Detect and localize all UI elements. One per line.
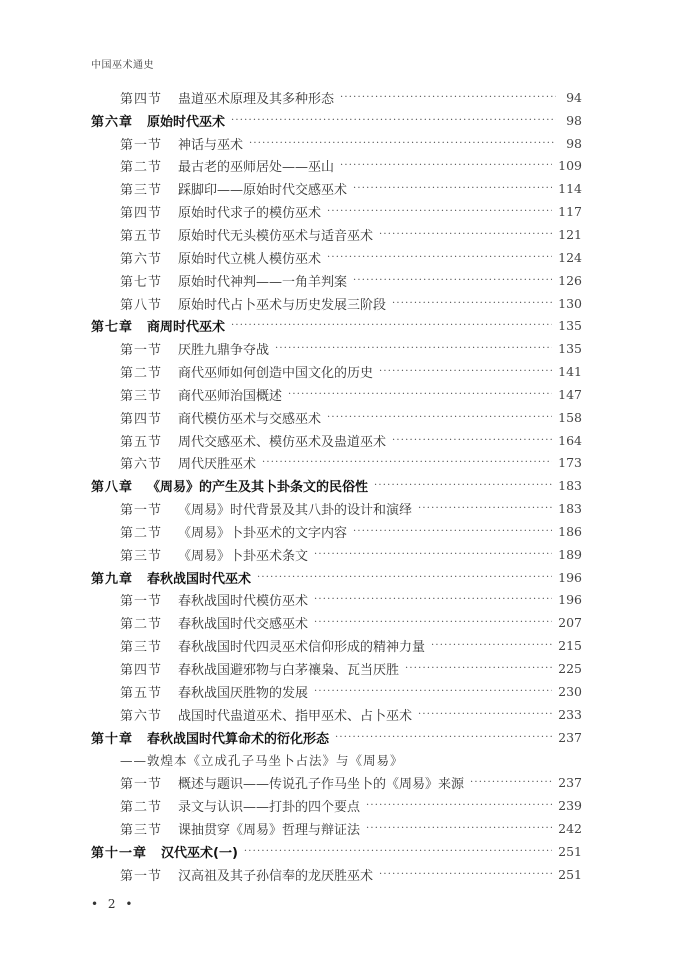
toc-section-entry[interactable]: 第五节春秋战国厌胜物的发展230 [91, 680, 582, 703]
toc-chapter-entry[interactable]: 第八章《周易》的产生及其卜卦条文的民俗性183 [91, 474, 582, 497]
dot-leader [374, 480, 552, 491]
toc-section-entry[interactable]: 第八节原始时代占卜巫术与历史发展三阶段130 [91, 292, 582, 315]
toc-entry-title: 战国时代蛊道巫术、指甲巫术、占卜巫术 [178, 705, 412, 724]
toc-entry-page-number: 251 [558, 844, 582, 859]
dot-leader [244, 846, 552, 857]
toc-entry-label: 第一节 [120, 134, 178, 153]
toc-entry-label: 第六章 [91, 111, 133, 130]
toc-entry-label: 第一节 [120, 773, 178, 792]
toc-section-entry[interactable]: 第六节战国时代蛊道巫术、指甲巫术、占卜巫术233 [91, 703, 582, 726]
toc-entry-title: 原始时代巫术 [147, 111, 225, 130]
toc-section-entry[interactable]: 第三节踩脚印——原始时代交感巫术114 [91, 177, 582, 200]
toc-entry-title: 原始时代占卜巫术与历史发展三阶段 [178, 294, 386, 313]
dot-leader [314, 617, 552, 628]
toc-entry-title: 《周易》卜卦巫术的文字内容 [178, 522, 347, 541]
toc-entry-label: 第八章 [91, 476, 133, 495]
toc-entry-label: 第二节 [120, 362, 178, 381]
dot-leader [379, 229, 552, 240]
dot-leader [231, 115, 556, 126]
toc-entry-page-number: 242 [558, 821, 582, 836]
toc-chapter-entry[interactable]: 第七章商周时代巫术135 [91, 314, 582, 337]
toc-entry-label: 第七节 [120, 271, 178, 290]
toc-section-entry[interactable]: 第一节春秋战国时代模仿巫术196 [91, 589, 582, 612]
toc-section-entry[interactable]: 第七节原始时代神判——一角羊判案126 [91, 269, 582, 292]
dot-leader [366, 823, 552, 834]
toc-entry-label: 第三节 [120, 636, 178, 655]
toc-entry-title: ——敦煌本《立成孔子马坐卜占法》与《周易》 [120, 751, 404, 769]
toc-chapter-entry[interactable]: 第九章春秋战国时代巫术196 [91, 566, 582, 589]
toc-entry-title: 春秋战国时代模仿巫术 [178, 590, 308, 609]
dot-leader [405, 663, 552, 674]
toc-entry-title: 厌胜九鼎争夺战 [178, 339, 269, 358]
dot-leader [418, 503, 552, 514]
toc-entry-page-number: 114 [558, 181, 582, 196]
toc-entry-page-number: 215 [558, 638, 582, 653]
toc-section-entry[interactable]: 第四节商代模仿巫术与交感巫术158 [91, 406, 582, 429]
dot-leader [327, 412, 552, 423]
dot-leader [431, 640, 552, 651]
toc-entry-title: 商代模仿巫术与交感巫术 [178, 408, 321, 427]
toc-section-entry[interactable]: 第一节厌胜九鼎争夺战135 [91, 337, 582, 360]
toc-entry-page-number: 196 [558, 570, 582, 585]
toc-entry-page-number: 135 [558, 341, 582, 356]
toc-entry-label: 第六节 [120, 453, 178, 472]
toc-entry-title: 汉代巫术(一) [161, 842, 238, 861]
toc-entry-title: 原始时代无头模仿巫术与适音巫术 [178, 225, 373, 244]
toc-section-entry[interactable]: 第六节周代厌胜巫术173 [91, 452, 582, 475]
toc-entry-label: 第一节 [120, 499, 178, 518]
toc-entry-page-number: 233 [558, 707, 582, 722]
toc-entry-page-number: 121 [558, 227, 582, 242]
toc-entry-page-number: 183 [558, 501, 582, 516]
toc-entry-title: 春秋战国厌胜物的发展 [178, 682, 308, 701]
toc-entry-page-number: 173 [558, 455, 582, 470]
toc-chapter-entry[interactable]: 第十章春秋战国时代算命术的衍化形态237 [91, 726, 582, 749]
dot-leader [257, 572, 552, 583]
toc-entry-title: 《周易》时代背景及其八卦的设计和演绎 [178, 499, 412, 518]
toc-entry-page-number: 164 [558, 433, 582, 448]
toc-entry-label: 第五节 [120, 682, 178, 701]
toc-entry-page-number: 94 [562, 90, 582, 105]
toc-entry-title: 最古老的巫师居处——巫山 [178, 156, 334, 175]
toc-entry-title: 《周易》的产生及其卜卦条文的民俗性 [147, 476, 368, 495]
toc-entry-page-number: 239 [558, 798, 582, 813]
toc-entry-page-number: 196 [558, 592, 582, 607]
toc-entry-label: 第二节 [120, 522, 178, 541]
toc-entry-title: 春秋战国避邪物与白茅禳枭、瓦当厌胜 [178, 659, 399, 678]
toc-entry-title: 商代巫师治国概述 [178, 385, 282, 404]
toc-section-entry[interactable]: 第二节《周易》卜卦巫术的文字内容186 [91, 520, 582, 543]
toc-entry-label: 第四节 [120, 659, 178, 678]
toc-entry-title: 原始时代立桃人模仿巫术 [178, 248, 321, 267]
dot-leader [392, 435, 552, 446]
toc-section-entry[interactable]: 第二节春秋战国时代交感巫术207 [91, 611, 582, 634]
toc-section-entry[interactable]: 第三节课抽贯穿《周易》哲理与辩证法242 [91, 817, 582, 840]
dot-leader [353, 275, 552, 286]
toc-section-entry[interactable]: 第二节最古老的巫师居处——巫山109 [91, 155, 582, 178]
toc-entry-page-number: 237 [558, 730, 582, 745]
dot-leader [314, 686, 552, 697]
toc-entry-title: 春秋战国时代算命术的衍化形态 [147, 728, 329, 747]
dot-leader [470, 777, 552, 788]
toc-entry-label: 第八节 [120, 294, 178, 313]
toc-section-entry[interactable]: 第一节汉高祖及其子孙信奉的龙厌胜巫术251 [91, 863, 582, 886]
toc-entry-label: 第三节 [120, 385, 178, 404]
toc-entry-page-number: 207 [558, 615, 582, 630]
dot-leader [392, 298, 552, 309]
dot-leader [327, 206, 552, 217]
toc-chapter-subtitle: ——敦煌本《立成孔子马坐卜占法》与《周易》 [91, 748, 582, 771]
dot-leader [231, 320, 552, 331]
dot-leader [379, 366, 552, 377]
toc-entry-label: 第三节 [120, 545, 178, 564]
toc-entry-title: 原始时代求子的模仿巫术 [178, 202, 321, 221]
toc-entry-page-number: 135 [558, 318, 582, 333]
toc-entry-page-number: 124 [558, 250, 582, 265]
toc-entry-label: 第六节 [120, 705, 178, 724]
toc-entry-label: 第三节 [120, 179, 178, 198]
toc-entry-page-number: 98 [562, 136, 582, 151]
toc-chapter-entry[interactable]: 第十一章汉代巫术(一)251 [91, 840, 582, 863]
toc-entry-title: 神话与巫术 [178, 134, 243, 153]
toc-entry-page-number: 126 [558, 273, 582, 288]
toc-entry-label: 第五节 [120, 225, 178, 244]
toc-entry-label: 第四节 [120, 88, 178, 107]
dot-leader [353, 183, 552, 194]
toc-section-entry[interactable]: 第六节原始时代立桃人模仿巫术124 [91, 246, 582, 269]
toc-entry-title: 录文与认识——打卦的四个要点 [178, 796, 360, 815]
toc-section-entry[interactable]: 第一节概述与题识——传说孔子作马坐卜的《周易》来源237 [91, 771, 582, 794]
toc-entry-label: 第二节 [120, 796, 178, 815]
toc-entry-title: 踩脚印——原始时代交感巫术 [178, 179, 347, 198]
toc-entry-page-number: 109 [558, 158, 582, 173]
toc-entry-label: 第六节 [120, 248, 178, 267]
toc-entry-label: 第一节 [120, 865, 178, 884]
toc-entry-page-number: 117 [558, 204, 582, 219]
dot-leader [327, 252, 552, 263]
toc-entry-label: 第十一章 [91, 842, 147, 861]
toc-entry-title: 蛊道巫术原理及其多种形态 [178, 88, 334, 107]
toc-entry-title: 《周易》卜卦巫术条文 [178, 545, 308, 564]
toc-entry-page-number: 98 [562, 113, 582, 128]
dot-leader [353, 526, 552, 537]
page-number-folio: • 2 • [91, 897, 135, 911]
toc-entry-label: 第三节 [120, 819, 178, 838]
dot-leader [262, 457, 552, 468]
dot-leader [314, 594, 552, 605]
toc-entry-title: 概述与题识——传说孔子作马坐卜的《周易》来源 [178, 773, 464, 792]
toc-entry-title: 商周时代巫术 [147, 316, 225, 335]
toc-entry-page-number: 225 [558, 661, 582, 676]
dot-leader [340, 160, 552, 171]
dot-leader [418, 709, 552, 720]
dot-leader [335, 732, 552, 743]
toc-entry-label: 第二节 [120, 156, 178, 175]
dot-leader [249, 138, 556, 149]
running-head: 中国巫术通史 [91, 56, 154, 71]
toc-entry-page-number: 141 [558, 364, 582, 379]
toc-entry-title: 春秋战国时代交感巫术 [178, 613, 308, 632]
toc-section-entry[interactable]: 第四节原始时代求子的模仿巫术117 [91, 200, 582, 223]
toc-entry-page-number: 147 [558, 387, 582, 402]
toc-entry-page-number: 130 [558, 296, 582, 311]
dot-leader [314, 549, 552, 560]
toc-entry-title: 课抽贯穿《周易》哲理与辩证法 [178, 819, 360, 838]
table-of-contents: 第四节蛊道巫术原理及其多种形态94第六章原始时代巫术98第一节神话与巫术98第二… [91, 86, 582, 886]
toc-entry-page-number: 158 [558, 410, 582, 425]
toc-entry-page-number: 189 [558, 547, 582, 562]
toc-entry-page-number: 186 [558, 524, 582, 539]
toc-section-entry[interactable]: 第二节录文与认识——打卦的四个要点239 [91, 794, 582, 817]
toc-section-entry[interactable]: 第四节春秋战国避邪物与白茅禳枭、瓦当厌胜225 [91, 657, 582, 680]
toc-section-entry[interactable]: 第一节《周易》时代背景及其八卦的设计和演绎183 [91, 497, 582, 520]
toc-entry-label: 第一节 [120, 590, 178, 609]
toc-entry-label: 第一节 [120, 339, 178, 358]
toc-entry-title: 商代巫师如何创造中国文化的历史 [178, 362, 373, 381]
toc-entry-title: 原始时代神判——一角羊判案 [178, 271, 347, 290]
toc-entry-page-number: 230 [558, 684, 582, 699]
toc-entry-title: 汉高祖及其子孙信奉的龙厌胜巫术 [178, 865, 373, 884]
toc-entry-title: 周代厌胜巫术 [178, 453, 256, 472]
dot-leader [275, 343, 552, 354]
toc-entry-label: 第十章 [91, 728, 133, 747]
toc-entry-page-number: 183 [558, 478, 582, 493]
toc-entry-title: 春秋战国时代四灵巫术信仰形成的精神力量 [178, 636, 425, 655]
dot-leader [288, 389, 552, 400]
toc-entry-title: 春秋战国时代巫术 [147, 568, 251, 587]
toc-section-entry[interactable]: 第五节原始时代无头模仿巫术与适音巫术121 [91, 223, 582, 246]
toc-entry-label: 第四节 [120, 408, 178, 427]
dot-leader [366, 800, 552, 811]
toc-entry-label: 第七章 [91, 316, 133, 335]
toc-chapter-entry[interactable]: 第六章原始时代巫术98 [91, 109, 582, 132]
toc-entry-label: 第二节 [120, 613, 178, 632]
toc-section-entry[interactable]: 第三节春秋战国时代四灵巫术信仰形成的精神力量215 [91, 634, 582, 657]
toc-section-entry[interactable]: 第三节商代巫师治国概述147 [91, 383, 582, 406]
toc-section-entry[interactable]: 第三节《周易》卜卦巫术条文189 [91, 543, 582, 566]
toc-section-entry[interactable]: 第五节周代交感巫术、模仿巫术及蛊道巫术164 [91, 429, 582, 452]
toc-section-entry[interactable]: 第一节神话与巫术98 [91, 132, 582, 155]
toc-section-entry[interactable]: 第二节商代巫师如何创造中国文化的历史141 [91, 360, 582, 383]
toc-entry-page-number: 237 [558, 775, 582, 790]
dot-leader [379, 869, 552, 880]
dot-leader [340, 92, 556, 103]
toc-entry-title: 周代交感巫术、模仿巫术及蛊道巫术 [178, 431, 386, 450]
toc-entry-label: 第五节 [120, 431, 178, 450]
toc-entry-label: 第九章 [91, 568, 133, 587]
toc-entry-page-number: 251 [558, 867, 582, 882]
toc-section-entry[interactable]: 第四节蛊道巫术原理及其多种形态94 [91, 86, 582, 109]
toc-entry-label: 第四节 [120, 202, 178, 221]
